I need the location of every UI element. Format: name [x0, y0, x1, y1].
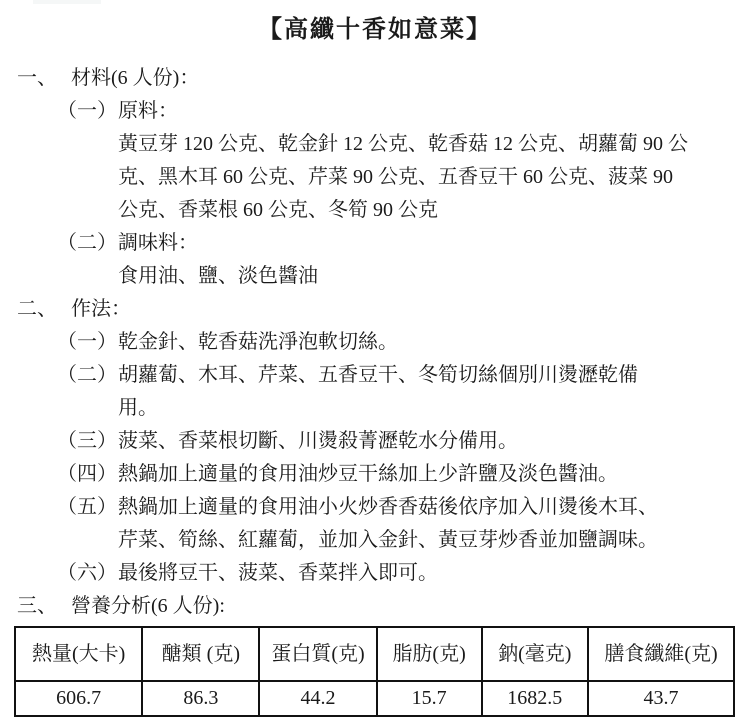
seasoning-list: 食用油、鹽、淡色醬油 — [118, 260, 693, 293]
header-calories: 熱量(大卡) — [15, 627, 142, 681]
step-text: 最後將豆干、菠菜、香菜拌入即可。 — [118, 557, 666, 590]
nutrition-table: 熱量(大卡) 醣類 (克) 蛋白質(克) 脂肪(克) 鈉(毫克) 膳食纖維(克)… — [14, 626, 735, 717]
section-materials-heading: 一、材料(6 人份)： — [0, 62, 750, 95]
method-step-5: （五）熱鍋加上適量的食用油小火炒香香菇後依序加入川燙後木耳、芹菜、筍絲、紅蘿蔔，… — [0, 491, 750, 557]
subsection-label: （一） — [57, 95, 118, 128]
section-heading-text: 營養分析(6 人份): — [71, 595, 225, 617]
method-step-6: （六）最後將豆干、菠菜、香菜拌入即可。 — [0, 557, 750, 590]
nutrition-table-header-row: 熱量(大卡) 醣類 (克) 蛋白質(克) 脂肪(克) 鈉(毫克) 膳食纖維(克) — [15, 627, 734, 681]
header-dietary-fiber: 膳食纖維(克) — [588, 627, 734, 681]
step-label: （三） — [57, 425, 118, 458]
method-step-2: （二）胡蘿蔔、木耳、芹菜、五香豆干、冬筍切絲個別川燙瀝乾備用。 — [0, 359, 750, 425]
method-step-1: （一）乾金針、乾香菇洗淨泡軟切絲。 — [0, 326, 750, 359]
section-number: 三、 — [17, 590, 71, 623]
section-heading-text: 材料(6 人份)： — [71, 67, 199, 89]
section-nutrition-heading: 三、營養分析(6 人份): — [0, 590, 750, 623]
step-text: 菠菜、香菜根切斷、川燙殺菁瀝乾水分備用。 — [118, 425, 666, 458]
method-step-3: （三）菠菜、香菜根切斷、川燙殺菁瀝乾水分備用。 — [0, 425, 750, 458]
recipe-content: 一、材料(6 人份)： （一）原料： 黃豆芽 120 公克、乾金針 12 公克、… — [0, 62, 750, 717]
header-fat: 脂肪(克) — [377, 627, 482, 681]
section-number: 二、 — [17, 293, 71, 326]
subsection-label: （二） — [57, 227, 118, 260]
value-protein: 44.2 — [259, 681, 376, 716]
subsection-raw-ingredients-heading: （一）原料： — [0, 95, 750, 128]
nutrition-table-value-row: 606.7 86.3 44.2 15.7 1682.5 43.7 — [15, 681, 734, 716]
raw-ingredients-list: 黃豆芽 120 公克、乾金針 12 公克、乾香菇 12 公克、胡蘿蔔 90 公克… — [118, 128, 693, 227]
method-step-4: （四）熱鍋加上適量的食用油炒豆干絲加上少許鹽及淡色醬油。 — [0, 458, 750, 491]
step-label: （二） — [57, 359, 118, 425]
value-fat: 15.7 — [377, 681, 482, 716]
step-text: 熱鍋加上適量的食用油小火炒香香菇後依序加入川燙後木耳、芹菜、筍絲、紅蘿蔔，並加入… — [118, 491, 666, 557]
section-heading-text: 作法： — [71, 298, 131, 320]
subsection-heading-text: 原料： — [118, 100, 178, 122]
step-label: （五） — [57, 491, 118, 557]
step-text: 乾金針、乾香菇洗淨泡軟切絲。 — [118, 326, 666, 359]
value-carbohydrate: 86.3 — [142, 681, 259, 716]
value-calories: 606.7 — [15, 681, 142, 716]
header-sodium: 鈉(毫克) — [482, 627, 588, 681]
value-sodium: 1682.5 — [482, 681, 588, 716]
scan-artifact — [33, 0, 101, 4]
header-carbohydrate: 醣類 (克) — [142, 627, 259, 681]
step-text: 熱鍋加上適量的食用油炒豆干絲加上少許鹽及淡色醬油。 — [118, 458, 666, 491]
section-number: 一、 — [17, 62, 71, 95]
subsection-seasoning-heading: （二）調味料： — [0, 227, 750, 260]
recipe-title: 【高纖十香如意菜】 — [0, 0, 750, 48]
step-label: （一） — [57, 326, 118, 359]
section-method-heading: 二、作法： — [0, 293, 750, 326]
recipe-document: 【高纖十香如意菜】 一、材料(6 人份)： （一）原料： 黃豆芽 120 公克、… — [0, 0, 750, 721]
step-label: （六） — [57, 557, 118, 590]
subsection-heading-text: 調味料： — [118, 232, 198, 254]
value-dietary-fiber: 43.7 — [588, 681, 734, 716]
step-text: 胡蘿蔔、木耳、芹菜、五香豆干、冬筍切絲個別川燙瀝乾備用。 — [118, 359, 666, 425]
header-protein: 蛋白質(克) — [259, 627, 376, 681]
step-label: （四） — [57, 458, 118, 491]
